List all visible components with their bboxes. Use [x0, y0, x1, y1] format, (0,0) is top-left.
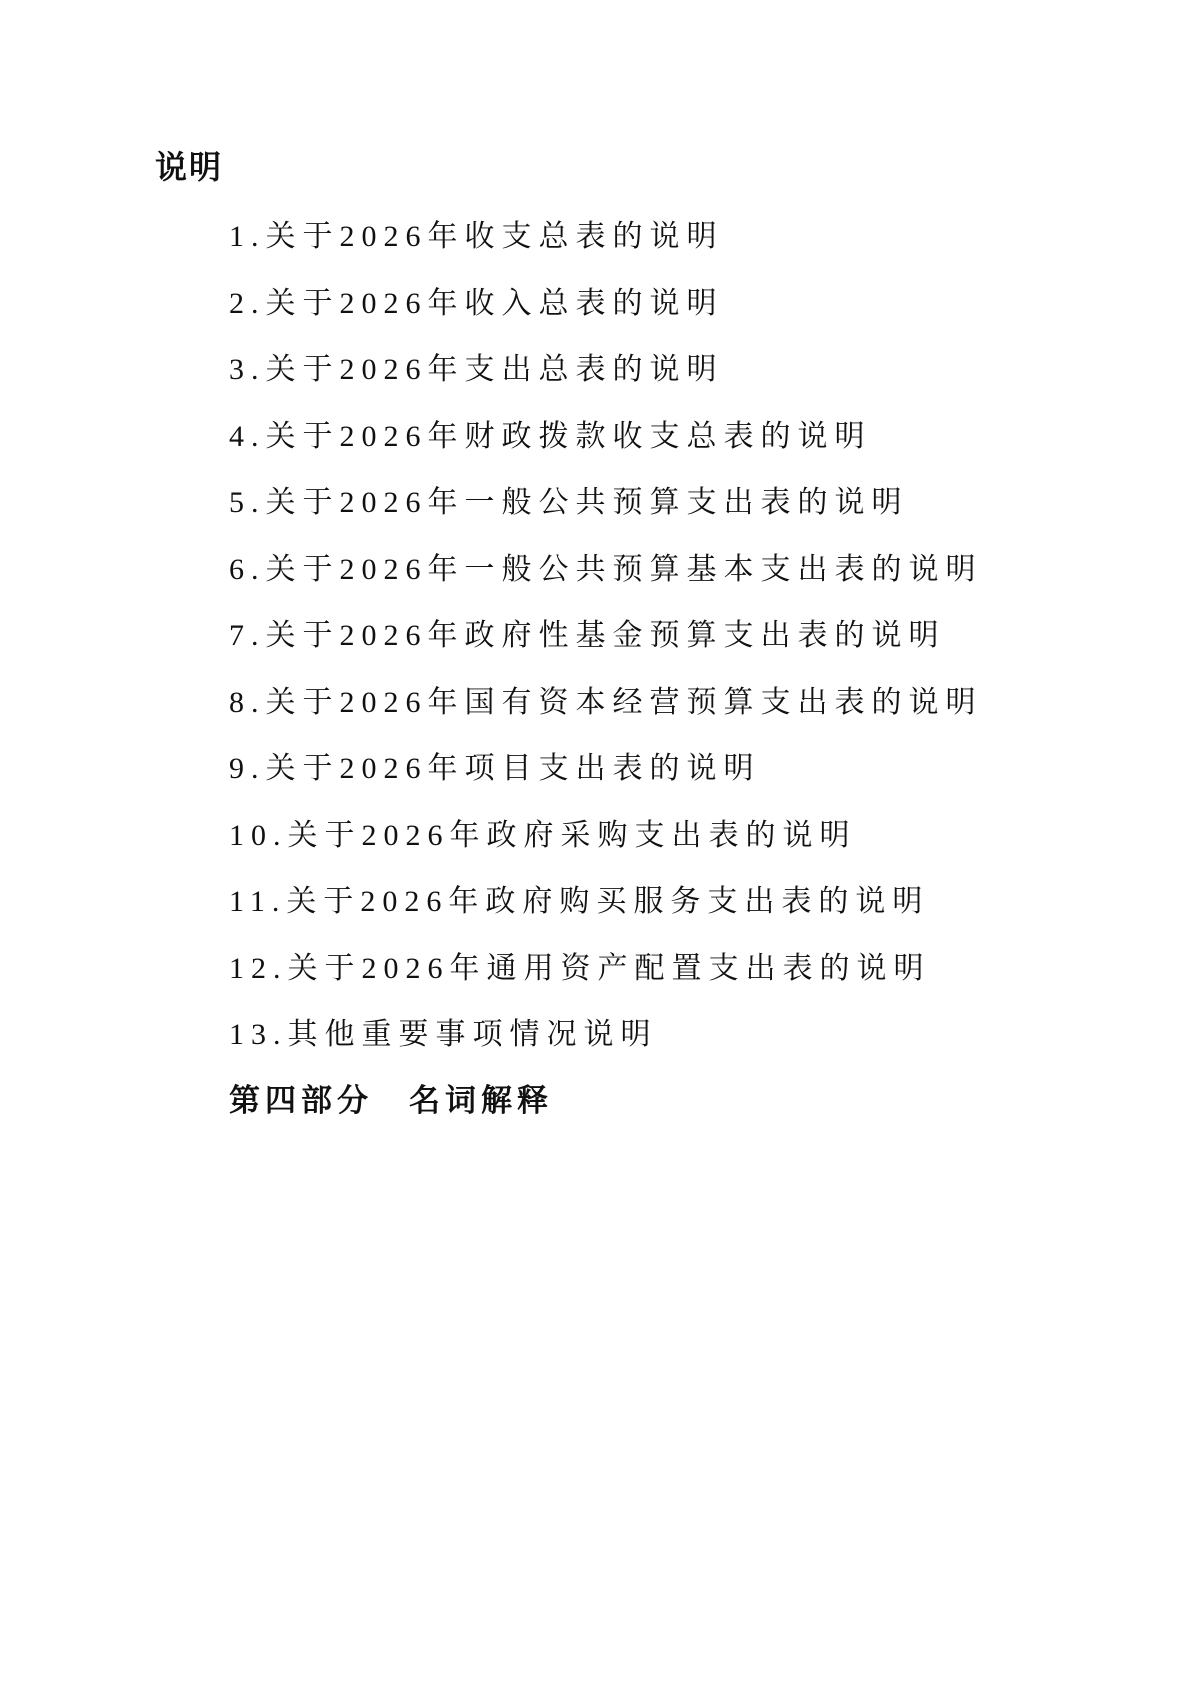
document-page: 说明 1.关于2026年收支总表的说明 2.关于2026年收入总表的说明 3.关…: [0, 0, 1190, 1684]
toc-item-3: 3.关于2026年支出总表的说明: [229, 337, 1149, 404]
section-heading-part-four: 第四部分 名词解释: [229, 1068, 553, 1135]
toc-item-4: 4.关于2026年财政拨款收支总表的说明: [229, 404, 1149, 471]
section-heading-shuoming: 说明: [155, 148, 223, 186]
toc-item-2: 2.关于2026年收入总表的说明: [229, 271, 1149, 338]
toc-item-11: 11.关于2026年政府购买服务支出表的说明: [229, 869, 1149, 936]
toc-item-13: 13.其他重要事项情况说明: [229, 1002, 1149, 1069]
toc-item-5: 5.关于2026年一般公共预算支出表的说明: [229, 470, 1149, 537]
toc-item-9: 9.关于2026年项目支出表的说明: [229, 736, 1149, 803]
toc-item-12: 12.关于2026年通用资产配置支出表的说明: [229, 936, 1149, 1003]
toc-item-6: 6.关于2026年一般公共预算基本支出表的说明: [229, 537, 1149, 604]
toc-item-7: 7.关于2026年政府性基金预算支出表的说明: [229, 603, 1149, 670]
notes-toc-list: 1.关于2026年收支总表的说明 2.关于2026年收入总表的说明 3.关于20…: [229, 204, 1149, 1069]
toc-item-8: 8.关于2026年国有资本经营预算支出表的说明: [229, 670, 1149, 737]
toc-item-10: 10.关于2026年政府采购支出表的说明: [229, 803, 1149, 870]
toc-item-1: 1.关于2026年收支总表的说明: [229, 204, 1149, 271]
